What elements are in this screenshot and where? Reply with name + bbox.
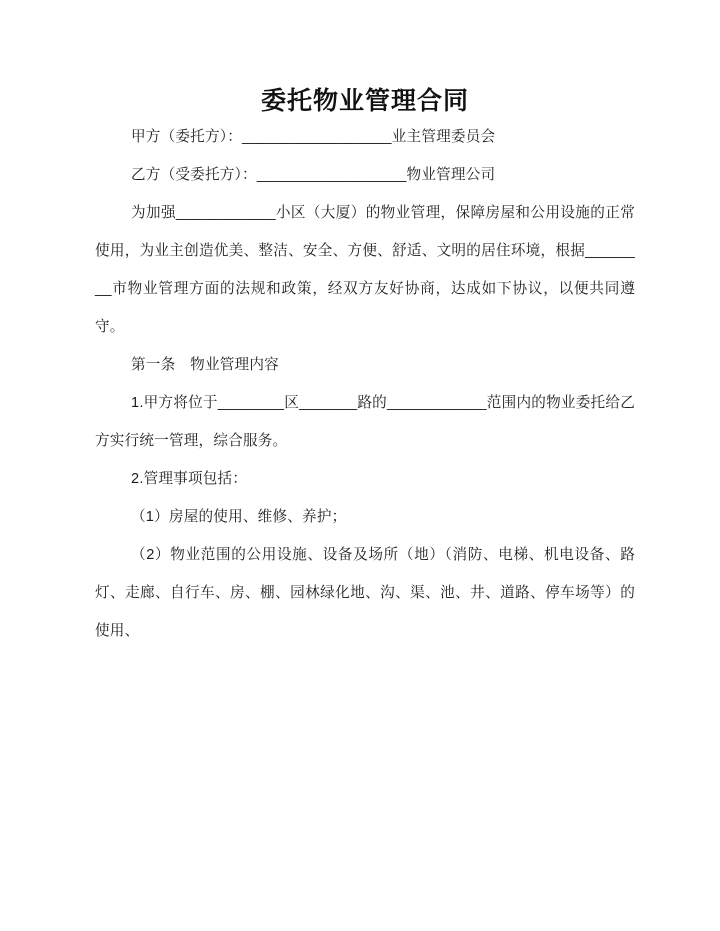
- contract-document-page: 委托物业管理合同 甲方（委托方）：__________________业主管理委…: [0, 0, 720, 931]
- party-a-line: 甲方（委托方）：__________________业主管理委员会: [95, 118, 635, 156]
- preamble-paragraph: 为加强____________小区（大厦）的物业管理，保障房屋和公用设施的正常使…: [95, 194, 635, 346]
- clause-1-scope: 1.甲方将位于________区_______路的____________范围内…: [95, 384, 635, 460]
- clause-2-management-items: 2.管理事项包括：: [95, 460, 635, 498]
- document-title: 委托物业管理合同: [95, 84, 635, 118]
- clause-item-1-housing: （1）房屋的使用、维修、养护；: [95, 498, 635, 536]
- clause-item-2-public-facilities: （2）物业范围的公用设施、设备及场所（地）（消防、电梯、机电设备、路灯、走廊、自…: [95, 536, 635, 650]
- article-1-heading: 第一条 物业管理内容: [95, 346, 635, 384]
- party-b-line: 乙方（受委托方）：__________________物业管理公司: [95, 156, 635, 194]
